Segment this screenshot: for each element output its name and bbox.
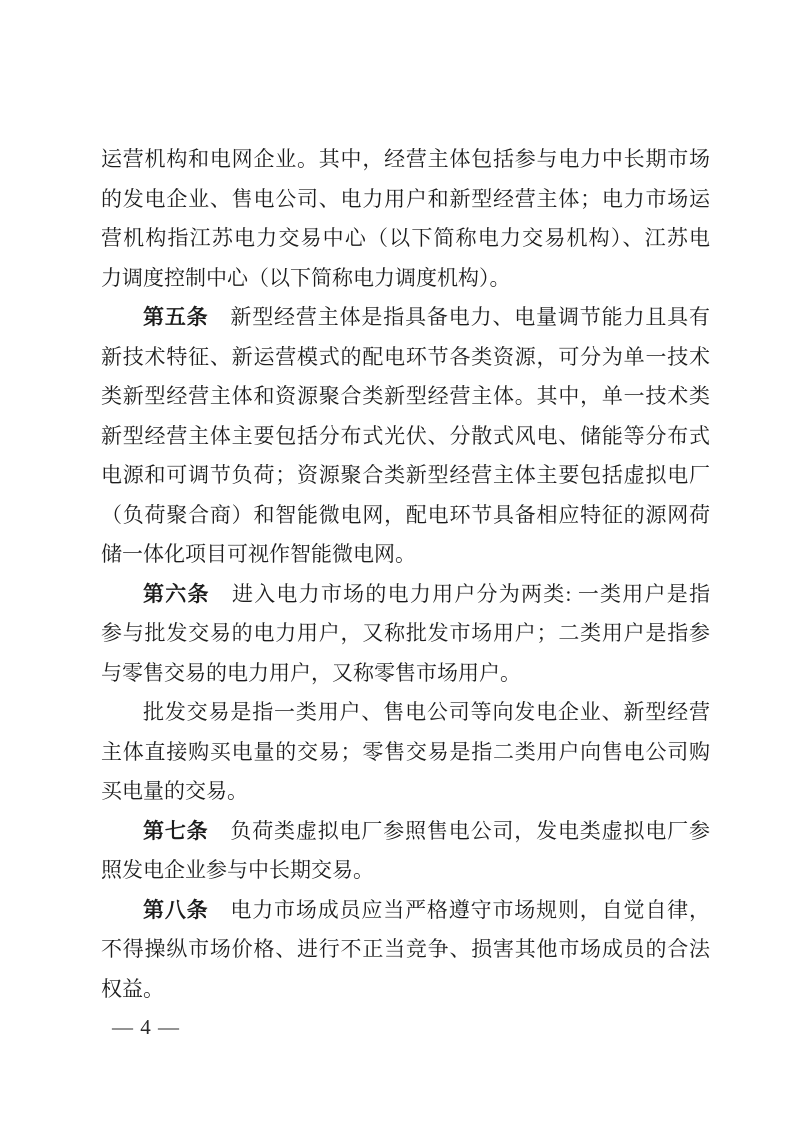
article-number: 第六条: [143, 582, 210, 606]
body-text: 储一体化项目可视作智能微电网。: [101, 542, 416, 566]
paragraph-continuation-line-3: 营机构指江苏电力交易中心（以下简称电力交易机构）、江苏电: [101, 219, 710, 259]
body-text: 参与批发交易的电力用户，又称批发市场用户；二类用户是指参: [101, 621, 710, 645]
article-number: 第五条: [143, 305, 209, 329]
body-text: （负荷聚合商）和智能微电网，配电环节具备相应特征的源网荷: [101, 503, 710, 527]
body-text: 主体直接购买电量的交易；零售交易是指二类用户向售电公司购: [101, 740, 710, 764]
body-text: 新型经营主体是指具备电力、电量调节能力且具有: [209, 305, 710, 329]
article-6-line-3: 与零售交易的电力用户，又称零售市场用户。: [101, 654, 710, 694]
article-5-line-2: 新技术特征、新运营模式的配电环节各类资源，可分为单一技术: [101, 338, 710, 378]
page-number: — 4 —: [112, 1015, 180, 1039]
article-8-line-2: 不得操纵市场价格、进行不正当竞争、损害其他市场成员的合法: [101, 930, 710, 970]
article-6-line-2: 参与批发交易的电力用户，又称批发市场用户；二类用户是指参: [101, 614, 710, 654]
body-text: 进入电力市场的电力用户分为两类: 一类用户是指: [210, 582, 710, 606]
paragraph-wholesale-retail-definition-line-3: 买电量的交易。: [101, 772, 710, 812]
paragraph-continuation-line-1: 运营机构和电网企业。其中，经营主体包括参与电力中长期市场: [101, 140, 710, 180]
article-8-line-3: 权益。: [101, 970, 710, 1010]
body-text: 新型经营主体主要包括分布式光伏、分散式风电、储能等分布式: [101, 424, 710, 448]
body-text: 不得操纵市场价格、进行不正当竞争、损害其他市场成员的合法: [101, 937, 710, 961]
body-text: 买电量的交易。: [101, 779, 248, 803]
body-text: 负荷类虚拟电厂参照售电公司，发电类虚拟电厂参: [209, 819, 710, 843]
article-5-line-5: 电源和可调节负荷；资源聚合类新型经营主体主要包括虚拟电厂: [101, 456, 710, 496]
article-5-line-1: 第五条 新型经营主体是指具备电力、电量调节能力且具有: [101, 298, 710, 338]
paragraph-wholesale-retail-definition-line-1: 批发交易是指一类用户、售电公司等向发电企业、新型经营: [101, 693, 710, 733]
body-text: 电力市场成员应当严格遵守市场规则，自觉自律，: [209, 898, 710, 922]
body-text: 批发交易是指一类用户、售电公司等向发电企业、新型经营: [143, 700, 710, 724]
document-page-root: { "colors": { "background": "#ffffff", "…: [0, 0, 800, 1131]
body-text: 权益。: [101, 977, 164, 1001]
body-text: 照发电企业参与中长期交易。: [101, 858, 374, 882]
body-text: 力调度控制中心（以下简称电力调度机构）。: [101, 266, 511, 290]
body-text: 营机构指江苏电力交易中心（以下简称电力交易机构）、江苏电: [101, 226, 710, 250]
body-text: 类新型经营主体和资源聚合类新型经营主体。其中，单一技术类: [101, 384, 710, 408]
article-5-line-4: 新型经营主体主要包括分布式光伏、分散式风电、储能等分布式: [101, 417, 710, 457]
body-text: 运营机构和电网企业。其中，经营主体包括参与电力中长期市场: [101, 147, 710, 171]
text-block: 运营机构和电网企业。其中，经营主体包括参与电力中长期市场的发电企业、售电公司、电…: [101, 140, 710, 1009]
article-5-line-6: （负荷聚合商）和智能微电网，配电环节具备相应特征的源网荷: [101, 496, 710, 536]
article-5-line-3: 类新型经营主体和资源聚合类新型经营主体。其中，单一技术类: [101, 377, 710, 417]
body-text: 与零售交易的电力用户，又称零售市场用户。: [101, 661, 521, 685]
paragraph-continuation-line-4: 力调度控制中心（以下简称电力调度机构）。: [101, 259, 710, 299]
article-6-line-1: 第六条 进入电力市场的电力用户分为两类: 一类用户是指: [101, 575, 710, 615]
paragraph-wholesale-retail-definition-line-2: 主体直接购买电量的交易；零售交易是指二类用户向售电公司购: [101, 733, 710, 773]
paragraph-continuation-line-2: 的发电企业、售电公司、电力用户和新型经营主体；电力市场运: [101, 180, 710, 220]
page-footer: — 4 —: [112, 1014, 180, 1040]
article-number: 第七条: [143, 819, 209, 843]
article-5-line-7: 储一体化项目可视作智能微电网。: [101, 535, 710, 575]
article-number: 第八条: [143, 898, 209, 922]
article-7-line-2: 照发电企业参与中长期交易。: [101, 851, 710, 891]
body-text: 的发电企业、售电公司、电力用户和新型经营主体；电力市场运: [101, 187, 710, 211]
article-7-line-1: 第七条 负荷类虚拟电厂参照售电公司，发电类虚拟电厂参: [101, 812, 710, 852]
document-page: 运营机构和电网企业。其中，经营主体包括参与电力中长期市场的发电企业、售电公司、电…: [0, 0, 800, 1131]
article-8-line-1: 第八条 电力市场成员应当严格遵守市场规则，自觉自律，: [101, 891, 710, 931]
body-text: 电源和可调节负荷；资源聚合类新型经营主体主要包括虚拟电厂: [101, 463, 710, 487]
body-text: 新技术特征、新运营模式的配电环节各类资源，可分为单一技术: [101, 345, 710, 369]
